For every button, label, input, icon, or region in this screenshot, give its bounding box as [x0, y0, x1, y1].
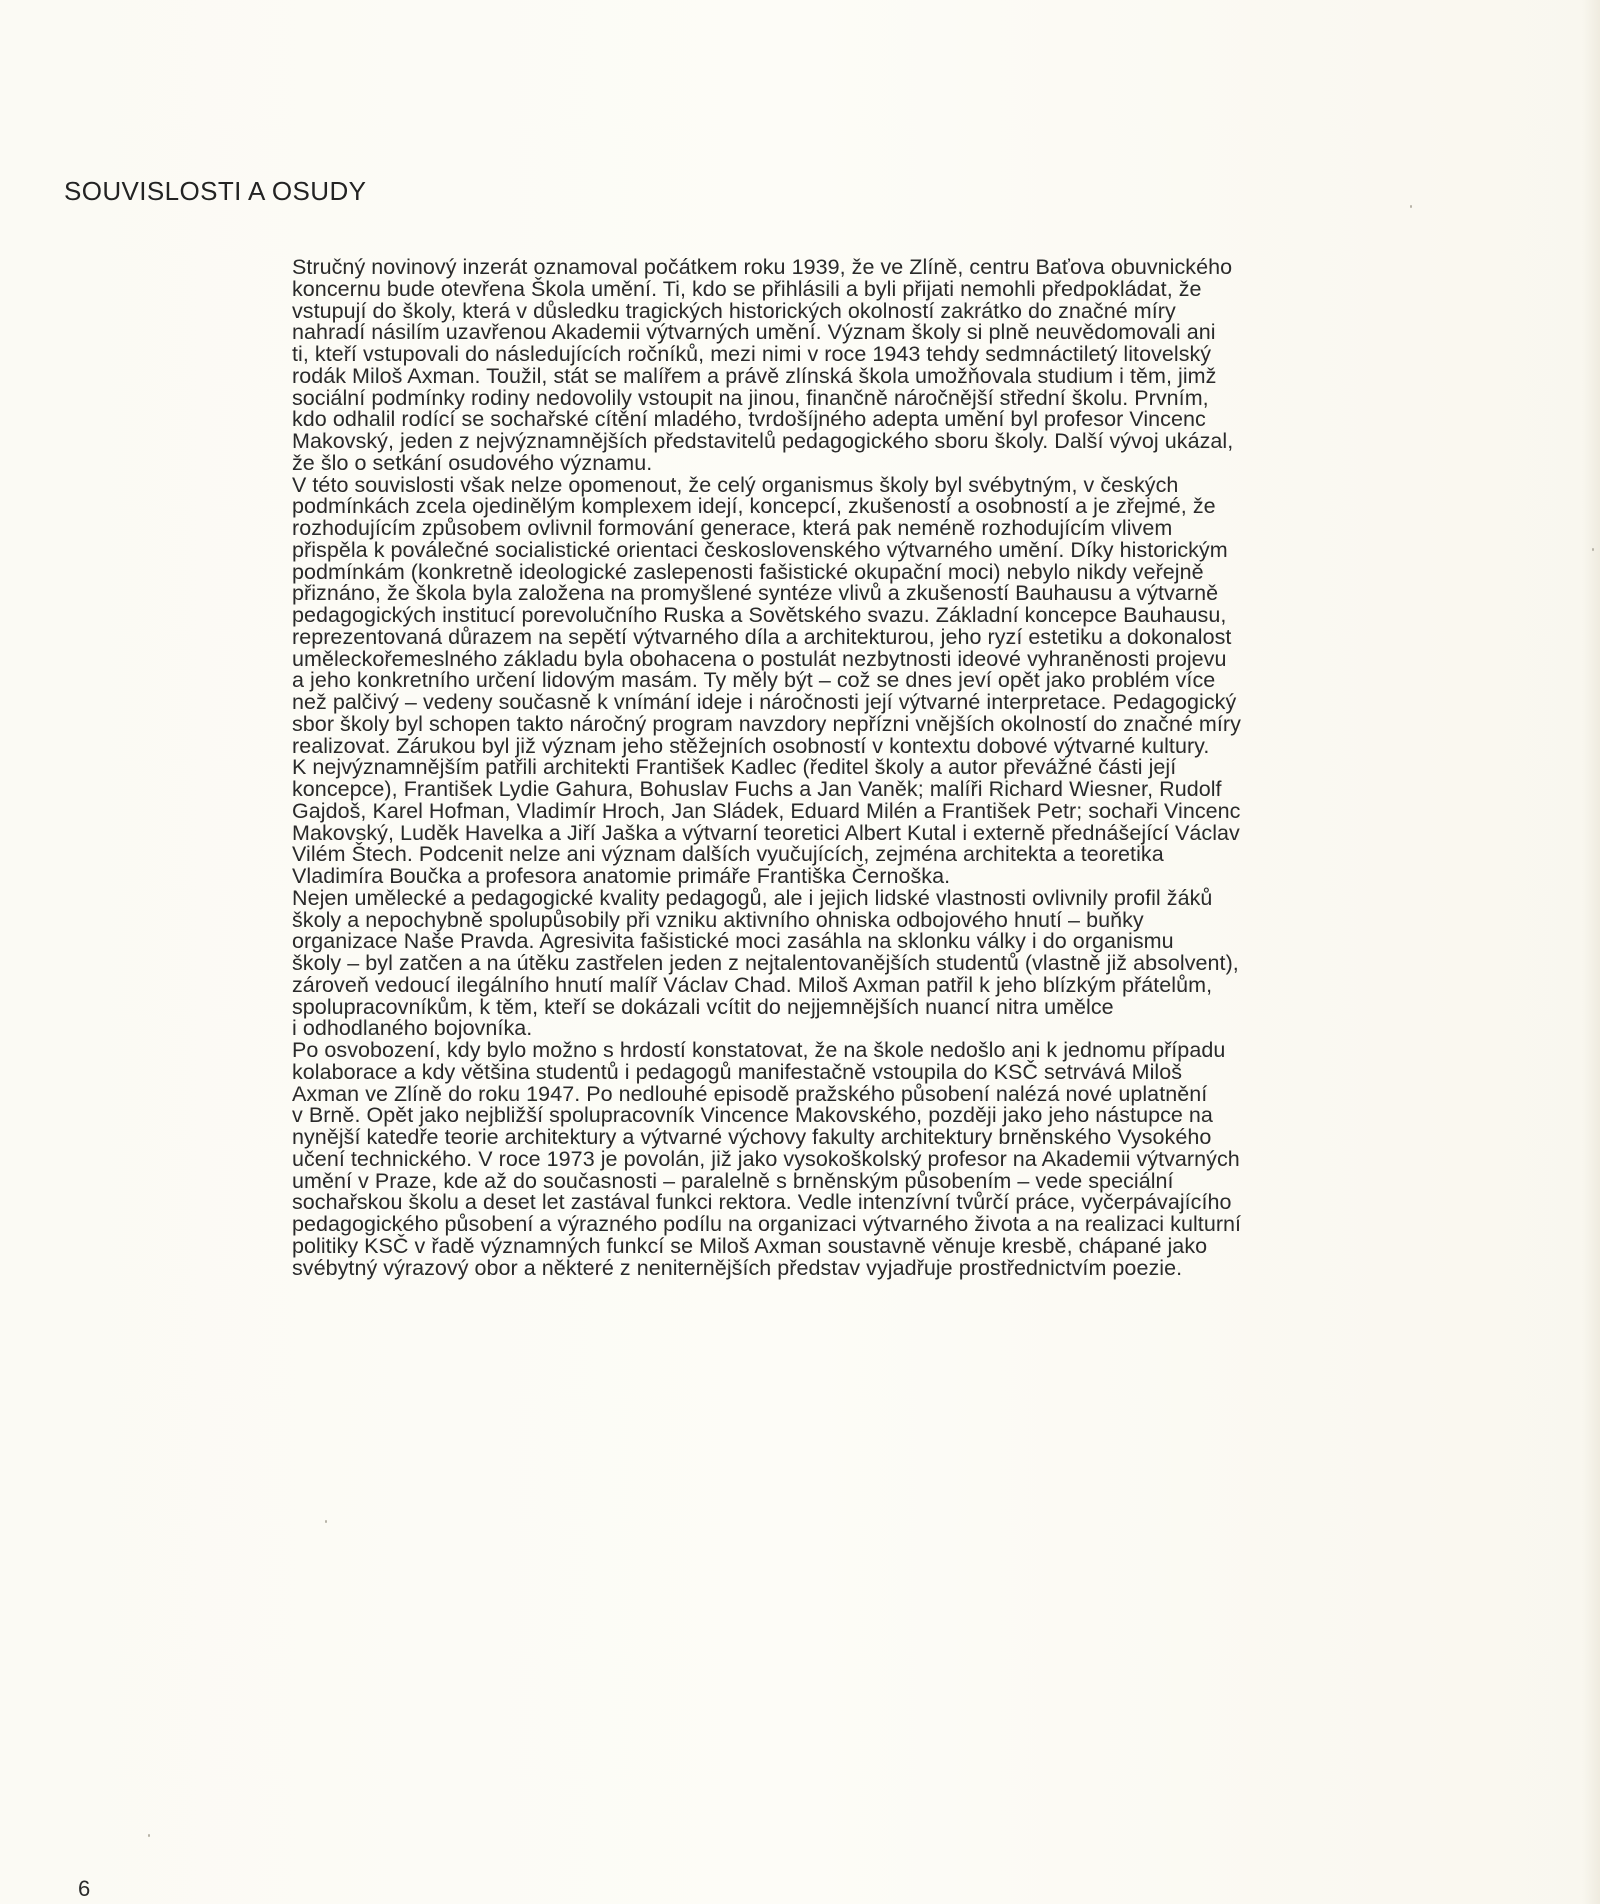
- text-line: školy a nepochybně spolupůsobily při vzn…: [292, 910, 1562, 932]
- text-line: Nejen umělecké a pedagogické kvality ped…: [292, 888, 1562, 910]
- text-line: rozhodujícím způsobem ovlivnil formování…: [292, 518, 1562, 540]
- text-line: školy – byl zatčen a na útěku zastřelen …: [292, 953, 1562, 975]
- text-line: vstupují do školy, která v důsledku trag…: [292, 301, 1562, 323]
- text-line: rodák Miloš Axman. Toužil, stát se malíř…: [292, 366, 1562, 388]
- text-line: sociální podmínky rodiny nedovolily vsto…: [292, 388, 1562, 410]
- text-line: podmínkám (konkretně ideologické zaslepe…: [292, 562, 1562, 584]
- text-line: koncernu bude otevřena Škola umění. Ti, …: [292, 279, 1562, 301]
- text-line: Vladimíra Boučka a profesora anatomie pr…: [292, 866, 1562, 888]
- text-line: pedagogických institucí porevolučního Ru…: [292, 605, 1562, 627]
- paper-speck: [1592, 548, 1594, 551]
- paper-speck: [1410, 205, 1412, 208]
- text-line: že šlo o setkání osudového významu.: [292, 453, 1562, 475]
- text-line: pedagogického působení a výrazného podíl…: [292, 1214, 1562, 1236]
- text-line: svébytný výrazový obor a některé z nenit…: [292, 1258, 1562, 1280]
- body-text: Stručný novinový inzerát oznamoval počát…: [292, 257, 1562, 1279]
- text-line: sbor školy byl schopen takto náročný pro…: [292, 714, 1562, 736]
- text-line: Po osvobození, kdy bylo možno s hrdostí …: [292, 1040, 1562, 1062]
- text-line: zároveň vedoucí ilegálního hnutí malíř V…: [292, 975, 1562, 997]
- text-line: kolaborace a kdy většina studentů i peda…: [292, 1062, 1562, 1084]
- text-line: koncepce), František Lydie Gahura, Bohus…: [292, 779, 1562, 801]
- book-page: SOUVISLOSTI A OSUDY Stručný novinový inz…: [0, 0, 1600, 1904]
- text-line: Makovský, jeden z nejvýznamnějších předs…: [292, 431, 1562, 453]
- text-line: přiznáno, že škola byla založena na prom…: [292, 583, 1562, 605]
- text-line: kdo odhalil rodící se sochařské cítění m…: [292, 409, 1562, 431]
- text-line: přispěla k poválečné socialistické orien…: [292, 540, 1562, 562]
- text-line: K nejvýznamnějším patřili architekti Fra…: [292, 757, 1562, 779]
- text-line: V této souvislosti však nelze opomenout,…: [292, 475, 1562, 497]
- text-line: Axman ve Zlíně do roku 1947. Po nedlouhé…: [292, 1084, 1562, 1106]
- text-line: umění v Praze, kde až do současnosti – p…: [292, 1171, 1562, 1193]
- text-line: Vilém Štech. Podcenit nelze ani význam d…: [292, 844, 1562, 866]
- paper-speck: [148, 1834, 150, 1837]
- text-line: učení technického. V roce 1973 je povolá…: [292, 1149, 1562, 1171]
- text-line: sochařskou školu a deset let zastával fu…: [292, 1192, 1562, 1214]
- text-line: Stručný novinový inzerát oznamoval počát…: [292, 257, 1562, 279]
- text-line: Gajdoš, Karel Hofman, Vladimír Hroch, Ja…: [292, 801, 1562, 823]
- text-line: Makovský, Luděk Havelka a Jiří Jaška a v…: [292, 823, 1562, 845]
- text-line: organizace Naše Pravda. Agresivita fašis…: [292, 931, 1562, 953]
- text-line: realizovat. Zárukou byl již význam jeho …: [292, 736, 1562, 758]
- text-line: v Brně. Opět jako nejbližší spolupracovn…: [292, 1105, 1562, 1127]
- text-line: než palčivý – vedeny současně k vnímání …: [292, 692, 1562, 714]
- page-number: 6: [78, 1876, 90, 1902]
- paper-speck: [325, 1520, 327, 1523]
- chapter-heading: SOUVISLOSTI A OSUDY: [64, 176, 366, 207]
- text-line: spolupracovníkům, k těm, kteří se dokáza…: [292, 997, 1562, 1019]
- page-edge-shadow: [1582, 0, 1600, 1904]
- text-line: politiky KSČ v řadě významných funkcí se…: [292, 1236, 1562, 1258]
- text-line: reprezentovaná důrazem na sepětí výtvarn…: [292, 627, 1562, 649]
- text-line: podmínkách zcela ojedinělým komplexem id…: [292, 496, 1562, 518]
- text-line: nahradí násilím uzavřenou Akademii výtva…: [292, 322, 1562, 344]
- text-line: ti, kteří vstupovali do následujících ro…: [292, 344, 1562, 366]
- text-line: nynější katedře teorie architektury a vý…: [292, 1127, 1562, 1149]
- text-line: uměleckořemeslného základu byla obohacen…: [292, 649, 1562, 671]
- text-line: i odhodlaného bojovníka.: [292, 1018, 1562, 1040]
- text-line: a jeho konkretního určení lidovým masám.…: [292, 670, 1562, 692]
